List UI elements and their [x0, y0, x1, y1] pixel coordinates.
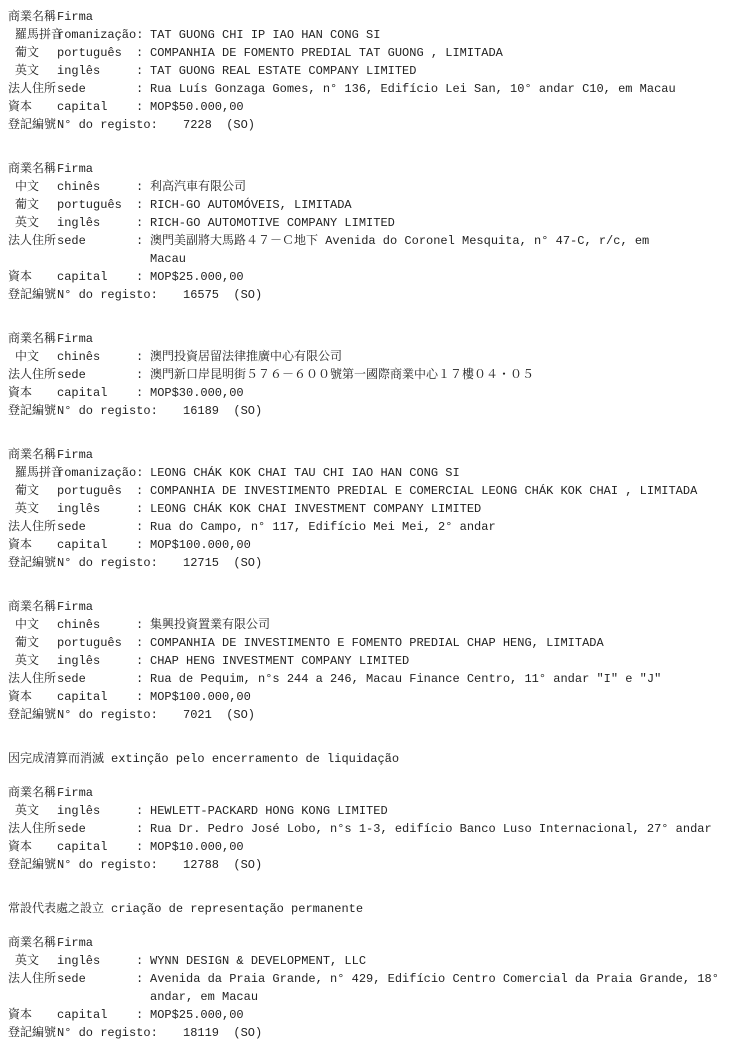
field-value: Rua Dr. Pedro José Lobo, n°s 1-3, edifíc…	[150, 820, 712, 838]
field-label-pt: N° do registo:	[57, 1024, 158, 1042]
field-label-pt: capital	[57, 838, 107, 856]
field-label-pt: chinês	[57, 348, 100, 366]
record-row-registo: 登記編號N° do registo:16189 (SO)	[0, 402, 731, 420]
field-value: RICH-GO AUTOMÓVEIS, LIMITADA	[150, 196, 352, 214]
field-value: MOP$25.000,00	[150, 1006, 244, 1024]
field-value: MOP$50.000,00	[150, 98, 244, 116]
record-row-registo: 登記編號N° do registo:16575 (SO)	[0, 286, 731, 304]
field-label-zh: 資本	[8, 688, 32, 706]
field-separator: :	[136, 838, 143, 856]
field-label-zh: 商業名稱	[8, 598, 56, 616]
field-label-zh: 商業名稱	[8, 160, 56, 178]
field-label-zh: 英文	[15, 952, 39, 970]
record-row-field: 英文inglês:LEONG CHÁK KOK CHAI INVESTMENT …	[0, 500, 731, 518]
record-row-field: 法人住所sede:Avenida da Praia Grande, n° 429…	[0, 970, 731, 988]
field-label-pt: Firma	[57, 330, 93, 348]
section-heading-pt: criação de representação permanente	[111, 902, 363, 916]
record-row-field: 法人住所sede:澳門新口岸昆明街５７６－６００號第一國際商業中心１７樓０４・０…	[0, 366, 731, 384]
field-value: Rua do Campo, n° 117, Edifício Mei Mei, …	[150, 518, 496, 536]
field-label-pt: capital	[57, 536, 107, 554]
field-label-pt: Firma	[57, 598, 93, 616]
field-label-zh: 中文	[15, 616, 39, 634]
field-separator: :	[136, 500, 143, 518]
record-row-field: 英文inglês:CHAP HENG INVESTMENT COMPANY LI…	[0, 652, 731, 670]
company-record: 商業名稱Firma羅馬拼音romanização:TAT GUONG CHI I…	[0, 8, 731, 134]
record-row-field: 英文inglês:TAT GUONG REAL ESTATE COMPANY L…	[0, 62, 731, 80]
field-label-pt: inglês	[57, 652, 100, 670]
field-label-pt: Firma	[57, 446, 93, 464]
field-label-pt: N° do registo:	[57, 116, 158, 134]
field-label-pt: sede	[57, 232, 86, 250]
field-value: MOP$30.000,00	[150, 384, 244, 402]
field-label-pt: Firma	[57, 784, 93, 802]
field-value: LEONG CHÁK KOK CHAI TAU CHI IAO HAN CONG…	[150, 464, 460, 482]
field-label-zh: 商業名稱	[8, 8, 56, 26]
record-row-field: 英文inglês:HEWLETT-PACKARD HONG KONG LIMIT…	[0, 802, 731, 820]
field-label-zh: 中文	[15, 348, 39, 366]
field-label-zh: 登記編號	[8, 1024, 56, 1042]
field-value: Rua Luís Gonzaga Gomes, n° 136, Edifício…	[150, 80, 676, 98]
field-label-pt: inglês	[57, 952, 100, 970]
section-heading: 常設代表處之設立criação de representação permane…	[0, 900, 731, 918]
field-label-pt: sede	[57, 518, 86, 536]
field-label-pt: português	[57, 44, 122, 62]
field-label-zh: 法人住所	[8, 366, 56, 384]
field-label-zh: 葡文	[15, 634, 39, 652]
record-row-registo: 登記編號N° do registo:12788 (SO)	[0, 856, 731, 874]
field-label-zh: 葡文	[15, 482, 39, 500]
company-record: 商業名稱Firma中文chinês:集興投資置業有限公司葡文português:…	[0, 598, 731, 724]
field-separator: :	[136, 268, 143, 286]
field-label-pt: chinês	[57, 616, 100, 634]
field-label-zh: 登記編號	[8, 402, 56, 420]
field-value: MOP$25.000,00	[150, 268, 244, 286]
field-label-pt: chinês	[57, 178, 100, 196]
field-label-pt: romanização:	[57, 26, 143, 44]
field-label-zh: 英文	[15, 62, 39, 80]
field-label-pt: português	[57, 634, 122, 652]
field-separator: :	[136, 952, 143, 970]
record-row-registo: 登記編號N° do registo:12715 (SO)	[0, 554, 731, 572]
field-value: 利高汽車有限公司	[150, 178, 246, 196]
field-value: 16189 (SO)	[183, 402, 262, 420]
field-label-zh: 資本	[8, 268, 32, 286]
field-value: 18119 (SO)	[183, 1024, 262, 1042]
field-label-zh: 法人住所	[8, 670, 56, 688]
field-label-zh: 商業名稱	[8, 446, 56, 464]
field-value: Macau	[150, 250, 186, 268]
field-separator: :	[136, 652, 143, 670]
field-separator: :	[136, 366, 143, 384]
record-row-header: 商業名稱Firma	[0, 160, 731, 178]
field-separator: :	[136, 482, 143, 500]
record-row-field: 法人住所sede:澳門美副將大馬路４７－Ｃ地下 Avenida do Coron…	[0, 232, 731, 250]
field-label-zh: 英文	[15, 500, 39, 518]
field-label-pt: inglês	[57, 62, 100, 80]
section-heading: 因完成清算而消滅extinção pelo encerramento de li…	[0, 750, 731, 768]
field-label-pt: inglês	[57, 214, 100, 232]
field-label-zh: 資本	[8, 838, 32, 856]
field-separator: :	[136, 98, 143, 116]
record-row-header: 商業名稱Firma	[0, 446, 731, 464]
field-separator: :	[136, 688, 143, 706]
field-label-zh: 葡文	[15, 196, 39, 214]
field-separator: :	[136, 232, 143, 250]
field-label-zh: 英文	[15, 214, 39, 232]
record-row-field: 資本capital:MOP$50.000,00	[0, 98, 731, 116]
field-label-zh: 英文	[15, 652, 39, 670]
field-value: Avenida da Praia Grande, n° 429, Edifíci…	[150, 970, 719, 988]
record-row-field: 法人住所sede:Rua do Campo, n° 117, Edifício …	[0, 518, 731, 536]
field-separator: :	[136, 62, 143, 80]
field-label-pt: inglês	[57, 802, 100, 820]
record-row-field: 葡文português:COMPANHIA DE INVESTIMENTO E …	[0, 634, 731, 652]
field-label-pt: romanização:	[57, 464, 143, 482]
record-row-header: 商業名稱Firma	[0, 784, 731, 802]
record-row-field: 中文chinês:集興投資置業有限公司	[0, 616, 731, 634]
field-separator: :	[136, 214, 143, 232]
field-label-pt: N° do registo:	[57, 706, 158, 724]
field-label-pt: Firma	[57, 8, 93, 26]
record-row-header: 商業名稱Firma	[0, 8, 731, 26]
field-separator: :	[136, 634, 143, 652]
record-row-field: 英文inglês:WYNN DESIGN & DEVELOPMENT, LLC	[0, 952, 731, 970]
field-separator: :	[136, 518, 143, 536]
company-record: 商業名稱Firma英文inglês:WYNN DESIGN & DEVELOPM…	[0, 934, 731, 1042]
company-record: 商業名稱Firma英文inglês:HEWLETT-PACKARD HONG K…	[0, 784, 731, 874]
field-label-pt: N° do registo:	[57, 554, 158, 572]
field-separator: :	[136, 536, 143, 554]
field-separator: :	[136, 670, 143, 688]
field-value: Rua de Pequim, n°s 244 a 246, Macau Fina…	[150, 670, 661, 688]
field-separator: :	[136, 178, 143, 196]
field-label-zh: 資本	[8, 384, 32, 402]
record-row-field: 資本capital:MOP$100.000,00	[0, 688, 731, 706]
field-label-pt: capital	[57, 1006, 107, 1024]
field-value: 16575 (SO)	[183, 286, 262, 304]
record-row-field: 葡文português:COMPANHIA DE FOMENTO PREDIAL…	[0, 44, 731, 62]
field-value: RICH-GO AUTOMOTIVE COMPANY LIMITED	[150, 214, 395, 232]
company-record: 商業名稱Firma羅馬拼音romanização:LEONG CHÁK KOK …	[0, 446, 731, 572]
field-separator: :	[136, 384, 143, 402]
record-row-field: 葡文português:COMPANHIA DE INVESTIMENTO PR…	[0, 482, 731, 500]
field-value: 澳門美副將大馬路４７－Ｃ地下 Avenida do Coronel Mesqui…	[150, 232, 649, 250]
field-value: TAT GUONG REAL ESTATE COMPANY LIMITED	[150, 62, 416, 80]
field-label-zh: 中文	[15, 178, 39, 196]
field-label-pt: capital	[57, 384, 107, 402]
record-row-registo: 登記編號N° do registo:7228 (SO)	[0, 116, 731, 134]
section-heading-zh: 常設代表處之設立	[8, 902, 104, 916]
field-label-pt: sede	[57, 80, 86, 98]
field-value: WYNN DESIGN & DEVELOPMENT, LLC	[150, 952, 366, 970]
field-separator: :	[136, 80, 143, 98]
record-row-field: 法人住所sede:Rua Luís Gonzaga Gomes, n° 136,…	[0, 80, 731, 98]
field-label-zh: 法人住所	[8, 970, 56, 988]
field-label-pt: sede	[57, 820, 86, 838]
field-label-zh: 資本	[8, 536, 32, 554]
field-label-zh: 登記編號	[8, 706, 56, 724]
field-label-zh: 資本	[8, 1006, 32, 1024]
field-label-pt: N° do registo:	[57, 402, 158, 420]
company-record: 商業名稱Firma中文chinês:利高汽車有限公司葡文português:RI…	[0, 160, 731, 304]
field-value: 澳門投資居留法律推廣中心有限公司	[150, 348, 342, 366]
record-row-registo: 登記編號N° do registo:7021 (SO)	[0, 706, 731, 724]
field-separator: :	[136, 44, 143, 62]
field-label-pt: português	[57, 482, 122, 500]
company-record: 商業名稱Firma中文chinês:澳門投資居留法律推廣中心有限公司法人住所se…	[0, 330, 731, 420]
field-value: COMPANHIA DE FOMENTO PREDIAL TAT GUONG ,…	[150, 44, 503, 62]
field-value: 12788 (SO)	[183, 856, 262, 874]
record-row-field: 羅馬拼音romanização:TAT GUONG CHI IP IAO HAN…	[0, 26, 731, 44]
field-label-pt: sede	[57, 970, 86, 988]
field-value: 7228 (SO)	[183, 116, 255, 134]
record-row-header: 商業名稱Firma	[0, 598, 731, 616]
field-value: COMPANHIA DE INVESTIMENTO PREDIAL E COME…	[150, 482, 697, 500]
field-separator: :	[136, 802, 143, 820]
field-label-pt: Firma	[57, 160, 93, 178]
field-separator: :	[136, 196, 143, 214]
field-label-zh: 登記編號	[8, 286, 56, 304]
field-label-pt: capital	[57, 268, 107, 286]
field-value: HEWLETT-PACKARD HONG KONG LIMITED	[150, 802, 388, 820]
field-label-zh: 商業名稱	[8, 784, 56, 802]
record-row-cont: Macau	[0, 250, 731, 268]
field-value: TAT GUONG CHI IP IAO HAN CONG SI	[150, 26, 380, 44]
record-row-field: 法人住所sede:Rua Dr. Pedro José Lobo, n°s 1-…	[0, 820, 731, 838]
registry-document: 商業名稱Firma羅馬拼音romanização:TAT GUONG CHI I…	[0, 0, 731, 1042]
field-label-pt: inglês	[57, 500, 100, 518]
field-label-pt: capital	[57, 688, 107, 706]
record-row-field: 中文chinês:澳門投資居留法律推廣中心有限公司	[0, 348, 731, 366]
field-value: CHAP HENG INVESTMENT COMPANY LIMITED	[150, 652, 409, 670]
field-label-zh: 法人住所	[8, 80, 56, 98]
record-row-field: 英文inglês:RICH-GO AUTOMOTIVE COMPANY LIMI…	[0, 214, 731, 232]
record-row-field: 葡文português:RICH-GO AUTOMÓVEIS, LIMITADA	[0, 196, 731, 214]
field-label-pt: N° do registo:	[57, 286, 158, 304]
field-label-zh: 羅馬拼音	[15, 26, 63, 44]
field-label-pt: Firma	[57, 934, 93, 952]
record-row-header: 商業名稱Firma	[0, 934, 731, 952]
field-label-zh: 法人住所	[8, 820, 56, 838]
field-separator: :	[136, 970, 143, 988]
field-value: 澳門新口岸昆明街５７６－６００號第一國際商業中心１７樓０４・０５	[150, 366, 534, 384]
field-label-zh: 商業名稱	[8, 330, 56, 348]
record-row-field: 羅馬拼音romanização:LEONG CHÁK KOK CHAI TAU …	[0, 464, 731, 482]
field-label-zh: 葡文	[15, 44, 39, 62]
field-separator: :	[136, 1006, 143, 1024]
record-row-field: 資本capital:MOP$25.000,00	[0, 1006, 731, 1024]
record-row-cont: andar, em Macau	[0, 988, 731, 1006]
field-label-zh: 商業名稱	[8, 934, 56, 952]
field-label-pt: sede	[57, 670, 86, 688]
field-value: LEONG CHÁK KOK CHAI INVESTMENT COMPANY L…	[150, 500, 481, 518]
section-heading-pt: extinção pelo encerramento de liquidação	[111, 752, 399, 766]
field-label-pt: N° do registo:	[57, 856, 158, 874]
field-label-pt: sede	[57, 366, 86, 384]
field-value: 12715 (SO)	[183, 554, 262, 572]
record-row-field: 法人住所sede:Rua de Pequim, n°s 244 a 246, M…	[0, 670, 731, 688]
field-value: MOP$100.000,00	[150, 536, 251, 554]
record-row-field: 資本capital:MOP$10.000,00	[0, 838, 731, 856]
field-label-zh: 資本	[8, 98, 32, 116]
field-separator: :	[136, 616, 143, 634]
field-label-zh: 英文	[15, 802, 39, 820]
field-label-zh: 登記編號	[8, 116, 56, 134]
field-label-zh: 羅馬拼音	[15, 464, 63, 482]
field-value: MOP$100.000,00	[150, 688, 251, 706]
record-row-field: 中文chinês:利高汽車有限公司	[0, 178, 731, 196]
field-label-zh: 法人住所	[8, 232, 56, 250]
record-row-registo: 登記編號N° do registo:18119 (SO)	[0, 1024, 731, 1042]
field-separator: :	[136, 820, 143, 838]
record-row-field: 資本capital:MOP$100.000,00	[0, 536, 731, 554]
field-value: 7021 (SO)	[183, 706, 255, 724]
record-row-header: 商業名稱Firma	[0, 330, 731, 348]
section-heading-zh: 因完成清算而消滅	[8, 752, 104, 766]
field-label-zh: 法人住所	[8, 518, 56, 536]
field-label-pt: português	[57, 196, 122, 214]
record-row-field: 資本capital:MOP$30.000,00	[0, 384, 731, 402]
record-row-field: 資本capital:MOP$25.000,00	[0, 268, 731, 286]
field-value: andar, em Macau	[150, 988, 258, 1006]
field-label-pt: capital	[57, 98, 107, 116]
field-label-zh: 登記編號	[8, 856, 56, 874]
field-separator: :	[136, 348, 143, 366]
field-value: MOP$10.000,00	[150, 838, 244, 856]
field-value: COMPANHIA DE INVESTIMENTO E FOMENTO PRED…	[150, 634, 604, 652]
field-value: 集興投資置業有限公司	[150, 616, 270, 634]
field-label-zh: 登記編號	[8, 554, 56, 572]
